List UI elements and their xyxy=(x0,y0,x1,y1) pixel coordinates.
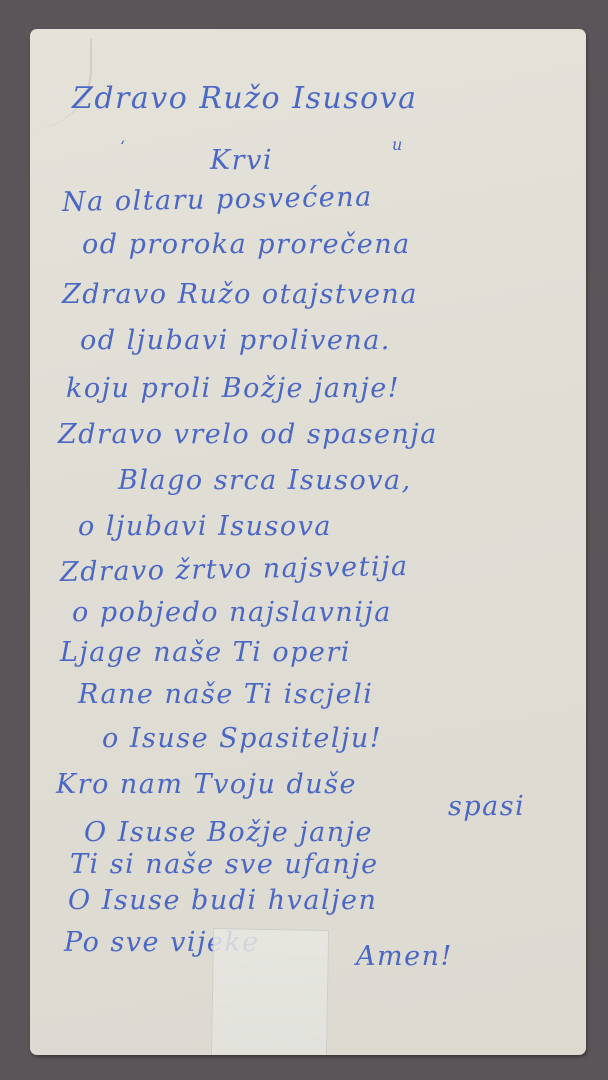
text-line-15: o Isuse Spasitelju! xyxy=(102,723,382,754)
text-line-5: Zdravo Ružo otajstvena xyxy=(62,279,418,310)
text-line-1: Zdravo Ružo Isusova xyxy=(72,81,418,116)
text-line-4: od proroka prorečena xyxy=(82,229,411,260)
text-line-19: Ti si naše sve ufanje xyxy=(70,849,379,880)
prayer-card: Zdravo Ružo Isusova ‘ Krvi u Na oltaru p… xyxy=(30,29,586,1055)
text-line-3: Na oltaru posvećena xyxy=(62,182,373,218)
annotation-left-mark: ‘ xyxy=(120,137,127,156)
text-line-10: o ljubavi Isusova xyxy=(78,511,332,542)
text-line-13: Ljage naše Ti operi xyxy=(60,637,351,668)
text-line-7: koju proli Božje janje! xyxy=(66,373,400,404)
text-line-14: Rane naše Ti iscjeli xyxy=(78,679,373,710)
text-line-18: O Isuse Božje janje xyxy=(84,817,373,848)
text-line-8: Zdravo vrelo od spasenja xyxy=(58,419,438,450)
text-line-2: Krvi xyxy=(210,145,273,176)
annotation-right-mark: u xyxy=(392,135,404,154)
text-line-22: Amen! xyxy=(356,941,453,972)
text-line-12: o pobjedo najslavnija xyxy=(72,597,392,628)
text-line-9: Blago srca Isusova, xyxy=(118,465,412,496)
text-line-11: Zdravo žrtvo najsvetija xyxy=(60,551,409,588)
text-line-20: O Isuse budi hvaljen xyxy=(68,885,377,916)
text-line-16: Kro nam Tvoju duše xyxy=(56,769,357,800)
text-line-6: od ljubavi prolivena. xyxy=(80,325,391,356)
adhesive-tape-piece xyxy=(211,928,329,1055)
text-line-17: spasi xyxy=(448,791,525,822)
